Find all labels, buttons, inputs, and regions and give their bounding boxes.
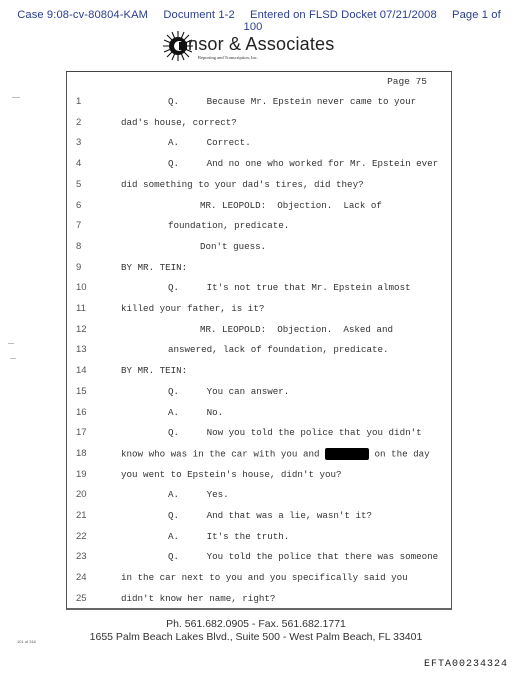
- transcript-line: 3A. Correct.: [0, 137, 512, 153]
- line-number: 8: [76, 241, 94, 252]
- line-text: A. It's the truth.: [168, 531, 289, 542]
- page-side-note: 101 of 316: [17, 639, 36, 644]
- line-text: foundation, predicate.: [168, 220, 289, 231]
- line-number: 2: [76, 117, 94, 128]
- line-text-content: BY MR. TEIN:: [121, 365, 187, 376]
- line-text: killed your father, is it?: [121, 303, 264, 314]
- transcript-line: 22A. It's the truth.: [0, 531, 512, 547]
- line-text-content: A. Correct.: [168, 137, 251, 148]
- line-number: 11: [76, 303, 94, 314]
- line-text-content: foundation, predicate.: [168, 220, 289, 231]
- footer-contact: Ph. 561.682.0905 - Fax. 561.682.1771: [0, 618, 512, 630]
- line-text: know who was in the car with you and on …: [121, 448, 430, 460]
- line-text: Q. And that was a lie, wasn't it?: [168, 510, 372, 521]
- transcript-line: 2dad's house, correct?: [0, 117, 512, 133]
- line-number: 22: [76, 531, 94, 542]
- line-text-content: Q. Because Mr. Epstein never came to you…: [168, 96, 416, 107]
- line-text-content: A. It's the truth.: [168, 531, 289, 542]
- line-number: 10: [76, 282, 94, 293]
- transcript-line: 10Q. It's not true that Mr. Epstein almo…: [0, 282, 512, 298]
- line-text-content: know who was in the car with you and: [121, 448, 325, 459]
- transcript-line: 25didn't know her name, right?: [0, 593, 512, 609]
- transcript-line: 24in the car next to you and you specifi…: [0, 572, 512, 588]
- line-text-content: A. No.: [168, 407, 223, 418]
- line-number: 6: [76, 200, 94, 211]
- company-name: nsor & Associates: [188, 34, 334, 55]
- line-number: 20: [76, 489, 94, 500]
- line-number: 9: [76, 262, 94, 273]
- line-text: A. No.: [168, 407, 223, 418]
- bates-number: EFTA00234324: [424, 659, 508, 670]
- line-text-content: MR. LEOPOLD: Objection. Asked and: [200, 324, 393, 335]
- line-number: 7: [76, 220, 94, 231]
- line-text-content: Don't guess.: [200, 241, 266, 252]
- transcript-line: 21Q. And that was a lie, wasn't it?: [0, 510, 512, 526]
- transcript-line: 7foundation, predicate.: [0, 220, 512, 236]
- line-text-content: dad's house, correct?: [121, 117, 237, 128]
- line-number: 19: [76, 469, 94, 480]
- reporter-logo: nsor & Associates Reporting and Transcri…: [158, 28, 358, 68]
- line-text-content: you went to Epstein's house, didn't you?: [121, 469, 342, 480]
- line-number: 1: [76, 96, 94, 107]
- line-number: 5: [76, 179, 94, 190]
- transcript-line: 19you went to Epstein's house, didn't yo…: [0, 469, 512, 485]
- line-text-content: Q. And no one who worked for Mr. Epstein…: [168, 158, 438, 169]
- line-text: A. Correct.: [168, 137, 251, 148]
- line-text: dad's house, correct?: [121, 117, 237, 128]
- line-text: BY MR. TEIN:: [121, 262, 187, 273]
- footer-address: 1655 Palm Beach Lakes Blvd., Suite 500 -…: [0, 631, 512, 643]
- line-text-content: did something to your dad's tires, did t…: [121, 179, 364, 190]
- line-text: didn't know her name, right?: [121, 593, 275, 604]
- line-text: MR. LEOPOLD: Objection. Lack of: [200, 200, 382, 211]
- line-text: Q. You can answer.: [168, 386, 289, 397]
- transcript-line: 5did something to your dad's tires, did …: [0, 179, 512, 195]
- line-text: A. Yes.: [168, 489, 229, 500]
- line-text: did something to your dad's tires, did t…: [121, 179, 364, 190]
- transcript-line: 11killed your father, is it?: [0, 303, 512, 319]
- transcript-line: 14BY MR. TEIN:: [0, 365, 512, 381]
- line-number: 24: [76, 572, 94, 583]
- line-text: in the car next to you and you specifica…: [121, 572, 408, 583]
- transcript-line: 20A. Yes.: [0, 489, 512, 505]
- line-number: 12: [76, 324, 94, 335]
- transcript-line: 17Q. Now you told the police that you di…: [0, 427, 512, 443]
- document-number: Document 1-2: [163, 9, 234, 21]
- line-text: Don't guess.: [200, 241, 266, 252]
- line-text: Q. Because Mr. Epstein never came to you…: [168, 96, 416, 107]
- line-number: 4: [76, 158, 94, 169]
- line-text-content: Q. You told the police that there was so…: [168, 551, 438, 562]
- line-number: 21: [76, 510, 94, 521]
- line-number: 23: [76, 551, 94, 562]
- line-text-content: BY MR. TEIN:: [121, 262, 187, 273]
- line-text-content: answered, lack of foundation, predicate.: [168, 344, 389, 355]
- line-text: Q. It's not true that Mr. Epstein almost: [168, 282, 411, 293]
- line-number: 16: [76, 407, 94, 418]
- line-number: 14: [76, 365, 94, 376]
- line-text-content: didn't know her name, right?: [121, 593, 275, 604]
- line-text: BY MR. TEIN:: [121, 365, 187, 376]
- line-text-content: Q. And that was a lie, wasn't it?: [168, 510, 372, 521]
- line-text-after-redaction: on the day: [369, 448, 430, 459]
- transcript-line: 4Q. And no one who worked for Mr. Epstei…: [0, 158, 512, 174]
- company-tagline: Reporting and Transcription, Inc.: [198, 55, 258, 60]
- transcript-line: 13answered, lack of foundation, predicat…: [0, 344, 512, 360]
- line-number: 3: [76, 137, 94, 148]
- line-number: 25: [76, 593, 94, 604]
- transcript-line: 15Q. You can answer.: [0, 386, 512, 402]
- line-text-content: in the car next to you and you specifica…: [121, 572, 408, 583]
- transcript-page-label: Page 75: [387, 76, 427, 87]
- line-number: 18: [76, 448, 94, 459]
- line-text-content: Q. It's not true that Mr. Epstein almost: [168, 282, 411, 293]
- line-text-content: Q. Now you told the police that you didn…: [168, 427, 422, 438]
- transcript-line: 9BY MR. TEIN:: [0, 262, 512, 278]
- line-text: Q. Now you told the police that you didn…: [168, 427, 422, 438]
- line-text: Q. And no one who worked for Mr. Epstein…: [168, 158, 438, 169]
- docket-entry: Entered on FLSD Docket 07/21/2008: [250, 9, 437, 21]
- transcript-line: 6MR. LEOPOLD: Objection. Lack of: [0, 200, 512, 216]
- line-text: Q. You told the police that there was so…: [168, 551, 438, 562]
- transcript-line: 8Don't guess.: [0, 241, 512, 257]
- case-number: Case 9:08-cv-80804-KAM: [17, 9, 148, 21]
- transcript-line: 12MR. LEOPOLD: Objection. Asked and: [0, 324, 512, 340]
- transcript-line: 16A. No.: [0, 407, 512, 423]
- redaction-block: [325, 448, 369, 460]
- transcript-line: 18know who was in the car with you and o…: [0, 448, 512, 464]
- line-text-content: A. Yes.: [168, 489, 229, 500]
- transcript-line: 1Q. Because Mr. Epstein never came to yo…: [0, 96, 512, 112]
- line-text: you went to Epstein's house, didn't you?: [121, 469, 342, 480]
- line-text: answered, lack of foundation, predicate.: [168, 344, 389, 355]
- line-text: MR. LEOPOLD: Objection. Asked and: [200, 324, 393, 335]
- line-text-content: killed your father, is it?: [121, 303, 264, 314]
- line-number: 17: [76, 427, 94, 438]
- line-number: 13: [76, 344, 94, 355]
- line-number: 15: [76, 386, 94, 397]
- line-text-content: Q. You can answer.: [168, 386, 289, 397]
- line-text-content: MR. LEOPOLD: Objection. Lack of: [200, 200, 382, 211]
- transcript-line: 23Q. You told the police that there was …: [0, 551, 512, 567]
